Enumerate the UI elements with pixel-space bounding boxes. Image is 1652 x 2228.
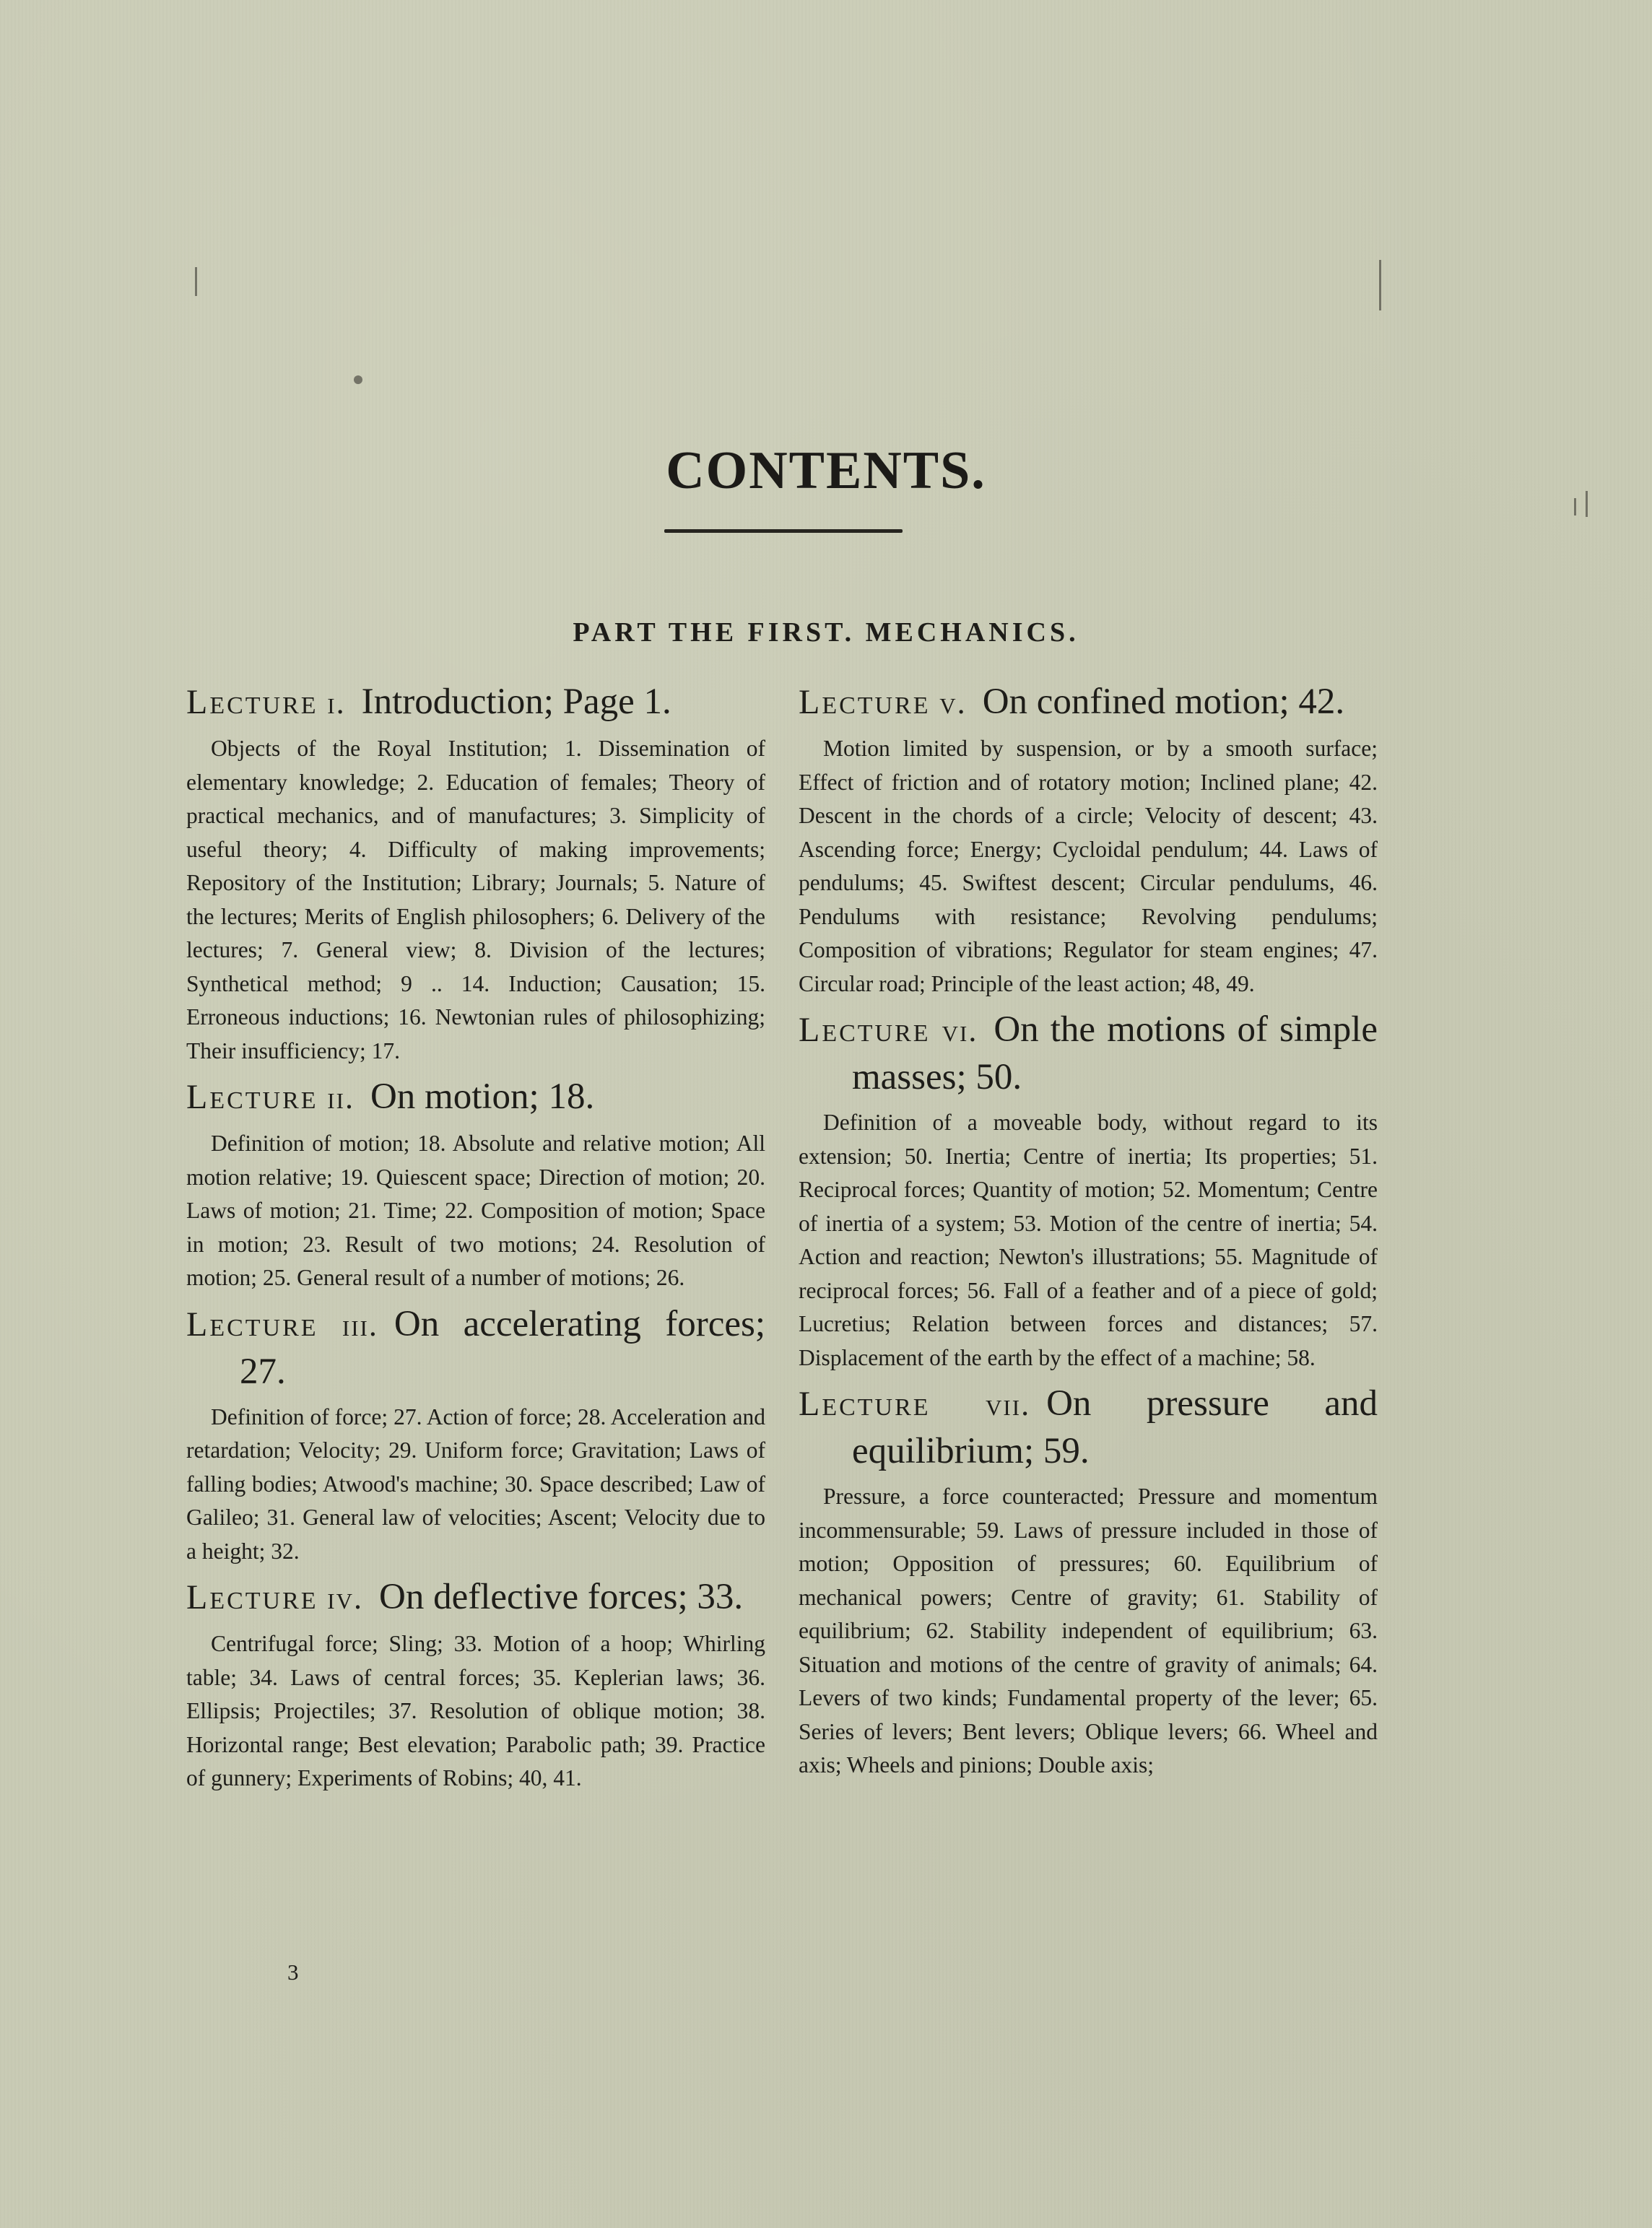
- lecture-label: Lecture: [186, 1305, 318, 1344]
- lecture-number: vi.: [942, 1013, 978, 1048]
- lecture-heading: Lecture vi.On the motions of simple mass…: [799, 1006, 1378, 1100]
- lecture-summary: Objects of the Royal Institution; 1. Dis…: [186, 732, 765, 1068]
- lecture-heading: Lecture iv.On deflective forces; 33.: [186, 1574, 765, 1622]
- lecture-entry: Lecture i.Introduction; Page 1. Objects …: [186, 679, 765, 1068]
- lecture-title: On motion; 18.: [370, 1076, 594, 1117]
- lecture-label: Lecture: [186, 683, 318, 721]
- lecture-number: iii.: [342, 1307, 378, 1343]
- lecture-number: vii.: [986, 1387, 1030, 1422]
- print-speck: [195, 267, 197, 296]
- lecture-heading: Lecture ii.On motion; 18.: [186, 1074, 765, 1121]
- lecture-summary: Definition of a moveable body, without r…: [799, 1106, 1378, 1375]
- lecture-summary: Pressure, a force counteracted; Pressure…: [799, 1480, 1378, 1783]
- page-title: CONTENTS.: [0, 440, 1652, 502]
- title-divider: [664, 529, 903, 533]
- lecture-label: Lecture: [799, 683, 931, 721]
- lecture-label: Lecture: [799, 1385, 931, 1423]
- lecture-entry: Lecture iii.On accelerating forces; 27. …: [186, 1301, 765, 1569]
- lecture-entry: Lecture iv.On deflective forces; 33. Cen…: [186, 1574, 765, 1796]
- lecture-summary: Centrifugal force; Sling; 33. Motion of …: [186, 1627, 765, 1796]
- lecture-label: Lecture: [186, 1578, 318, 1616]
- lecture-summary: Definition of motion; 18. Absolute and r…: [186, 1127, 765, 1295]
- lecture-number: iv.: [327, 1580, 363, 1616]
- lecture-title: On accelerating forces; 27.: [240, 1304, 765, 1392]
- lecture-heading: Lecture i.Introduction; Page 1.: [186, 679, 765, 726]
- lecture-number: v.: [939, 685, 966, 721]
- lecture-title: On confined motion; 42.: [983, 682, 1344, 722]
- lecture-heading: Lecture vii.On pressure and equilibrium;…: [799, 1380, 1378, 1474]
- signature-mark: 3: [287, 1959, 299, 1985]
- part-heading: PART THE FIRST. MECHANICS.: [0, 617, 1652, 648]
- lecture-heading: Lecture v.On confined motion; 42.: [799, 679, 1378, 726]
- lecture-title: On the motions of simple masses; 50.: [852, 1009, 1378, 1097]
- print-speck: [354, 375, 362, 384]
- lecture-entry: Lecture ii.On motion; 18. Definition of …: [186, 1074, 765, 1295]
- lecture-entry: Lecture vi.On the motions of simple mass…: [799, 1006, 1378, 1375]
- lecture-label: Lecture: [186, 1078, 318, 1116]
- lecture-label: Lecture: [799, 1011, 931, 1049]
- lecture-heading: Lecture iii.On accelerating forces; 27.: [186, 1301, 765, 1395]
- lecture-number: i.: [327, 685, 345, 721]
- contents-column-left: Lecture i.Introduction; Page 1. Objects …: [186, 679, 765, 1801]
- print-speck: [1379, 260, 1381, 310]
- lecture-title: On pressure and equilibrium; 59.: [852, 1383, 1378, 1471]
- lecture-number: ii.: [327, 1080, 355, 1115]
- lecture-title: On deflective forces; 33.: [379, 1577, 743, 1617]
- lecture-entry: Lecture v.On confined motion; 42. Motion…: [799, 679, 1378, 1001]
- lecture-summary: Definition of force; 27. Action of force…: [186, 1401, 765, 1569]
- lecture-entry: Lecture vii.On pressure and equilibrium;…: [799, 1380, 1378, 1783]
- contents-column-right: Lecture v.On confined motion; 42. Motion…: [799, 679, 1378, 1788]
- lecture-summary: Motion limited by suspension, or by a sm…: [799, 732, 1378, 1001]
- lecture-title: Introduction; Page 1.: [362, 682, 671, 722]
